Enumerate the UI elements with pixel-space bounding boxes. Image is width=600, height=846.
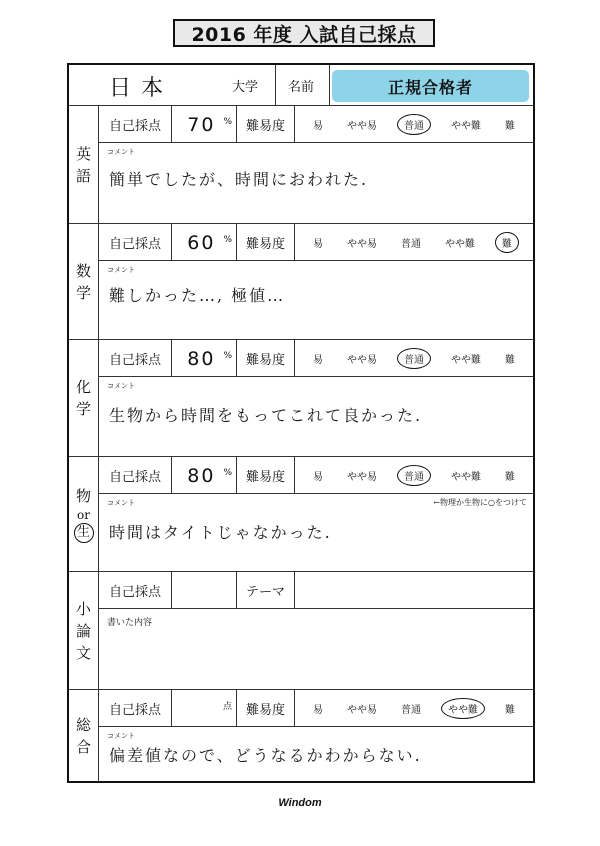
difficulty-option-somewhat-easy[interactable]: やや易: [343, 466, 381, 485]
subject-label: 物 or 生: [69, 457, 99, 571]
score-row: 自己採点 点 難易度 易 やや易 普通 やや難 難: [99, 690, 533, 727]
difficulty-option-hard[interactable]: 難: [501, 115, 519, 134]
theme-field[interactable]: [295, 572, 533, 609]
difficulty-option-easy[interactable]: 易: [309, 466, 327, 485]
difficulty-label: 難易度: [237, 690, 295, 727]
subject-label: 総 合: [69, 690, 99, 781]
difficulty-option-hard-selected[interactable]: 難: [495, 232, 519, 253]
self-score-label: 自己採点: [99, 457, 172, 494]
difficulty-option-somewhat-hard[interactable]: やや難: [441, 233, 479, 252]
biology-circled[interactable]: 生: [74, 523, 94, 543]
score-row: 自己採点 80 % 難易度 易 やや易 普通 やや難 難: [99, 340, 533, 377]
difficulty-option-easy[interactable]: 易: [309, 233, 327, 252]
comment-text: 偏差値なので、どうなるかわからない.: [109, 743, 422, 766]
self-score-field[interactable]: 80 %: [172, 457, 237, 494]
self-score-field[interactable]: 80 %: [172, 340, 237, 377]
header-row: 日本 大学 名前 正規合格者: [69, 65, 533, 106]
difficulty-label: 難易度: [237, 224, 295, 261]
written-content-area[interactable]: 書いた内容: [99, 609, 533, 690]
subject-label: 小 論 文: [69, 572, 99, 689]
self-score-label: 自己採点: [99, 690, 172, 727]
divider: [329, 65, 330, 106]
difficulty-option-hard[interactable]: 難: [501, 349, 519, 368]
subject-label: 数 学: [69, 224, 99, 339]
difficulty-option-somewhat-hard[interactable]: やや難: [447, 349, 485, 368]
theme-label: テーマ: [237, 572, 295, 609]
difficulty-option-somewhat-hard[interactable]: やや難: [447, 115, 485, 134]
difficulty-options: 易 やや易 普通 やや難 難: [295, 457, 533, 494]
difficulty-options: 易 やや易 普通 やや難 難: [295, 106, 533, 143]
section-essay: 小 論 文 自己採点 テーマ 書いた内容: [69, 572, 533, 690]
divider: [275, 65, 276, 106]
difficulty-option-somewhat-easy[interactable]: やや易: [343, 233, 381, 252]
comment-text: 難しかった…, 極値…: [109, 283, 285, 306]
instruction-note: ←物理か生物に○をつけて: [433, 497, 527, 508]
section-english: 英 語 自己採点 70 % 難易度 易 やや易 普通 やや難 難 コメント 簡単…: [69, 106, 533, 224]
difficulty-label: 難易度: [237, 340, 295, 377]
subject-label: 化 学: [69, 340, 99, 456]
comment-area[interactable]: コメント 難しかった…, 極値…: [99, 261, 533, 340]
page-title: 2016 年度 入試自己採点: [173, 19, 435, 47]
difficulty-option-somewhat-easy[interactable]: やや易: [343, 699, 381, 718]
difficulty-option-somewhat-hard-selected[interactable]: やや難: [441, 698, 485, 719]
name-badge: 正規合格者: [332, 70, 529, 102]
self-score-field[interactable]: [172, 572, 237, 609]
difficulty-label: 難易度: [237, 457, 295, 494]
difficulty-option-normal-selected[interactable]: 普通: [397, 465, 431, 486]
difficulty-option-normal-selected[interactable]: 普通: [397, 114, 431, 135]
difficulty-options: 易 やや易 普通 やや難 難: [295, 224, 533, 261]
comment-area[interactable]: コメント 偏差値なので、どうなるかわからない.: [99, 727, 533, 781]
difficulty-option-hard[interactable]: 難: [501, 466, 519, 485]
difficulty-options: 易 やや易 普通 やや難 難: [295, 340, 533, 377]
university-label: 大学: [232, 76, 258, 95]
score-row: 自己採点 80 % 難易度 易 やや易 普通 やや難 難: [99, 457, 533, 494]
difficulty-option-normal[interactable]: 普通: [397, 699, 425, 718]
section-math: 数 学 自己採点 60 % 難易度 易 やや易 普通 やや難 難 コメント 難し…: [69, 224, 533, 340]
difficulty-option-somewhat-easy[interactable]: やや易: [343, 349, 381, 368]
university-field[interactable]: 日本: [109, 71, 173, 102]
comment-area[interactable]: コメント 生物から時間をもってこれて良かった.: [99, 377, 533, 457]
self-score-label: 自己採点: [99, 106, 172, 143]
self-score-field[interactable]: 60 %: [172, 224, 237, 261]
comment-area[interactable]: コメント 簡単でしたが、時間におわれた.: [99, 143, 533, 224]
section-chemistry: 化 学 自己採点 80 % 難易度 易 やや易 普通 やや難 難 コメント 生物…: [69, 340, 533, 457]
difficulty-option-easy[interactable]: 易: [309, 699, 327, 718]
written-content-label: 書いた内容: [107, 615, 152, 628]
difficulty-option-normal-selected[interactable]: 普通: [397, 348, 431, 369]
comment-area[interactable]: コメント ←物理か生物に○をつけて 時間はタイトじゃなかった.: [99, 494, 533, 572]
comment-label: コメント: [107, 147, 135, 157]
self-score-field[interactable]: 70 %: [172, 106, 237, 143]
comment-label: コメント: [107, 381, 135, 391]
publisher-logo: Windom: [0, 797, 600, 809]
difficulty-options: 易 やや易 普通 やや難 難: [295, 690, 533, 727]
score-row: 自己採点 60 % 難易度 易 やや易 普通 やや難 難: [99, 224, 533, 261]
score-sheet: 日本 大学 名前 正規合格者 英 語 自己採点 70 % 難易度 易 やや易 普…: [67, 63, 535, 783]
score-row: 自己採点 テーマ: [99, 572, 533, 609]
difficulty-option-hard[interactable]: 難: [501, 699, 519, 718]
self-score-label: 自己採点: [99, 224, 172, 261]
difficulty-option-easy[interactable]: 易: [309, 349, 327, 368]
difficulty-label: 難易度: [237, 106, 295, 143]
difficulty-option-normal[interactable]: 普通: [397, 233, 425, 252]
section-overall: 総 合 自己採点 点 難易度 易 やや易 普通 やや難 難 コメント 偏差値なの…: [69, 690, 533, 781]
self-score-field[interactable]: 点: [172, 690, 237, 727]
comment-label: コメント: [107, 498, 135, 508]
comment-label: コメント: [107, 265, 135, 275]
comment-text: 時間はタイトじゃなかった.: [109, 520, 332, 543]
comment-text: 生物から時間をもってこれて良かった.: [109, 403, 422, 426]
section-physics-or-biology: 物 or 生 自己採点 80 % 難易度 易 やや易 普通 やや難 難 コメント…: [69, 457, 533, 572]
difficulty-option-somewhat-hard[interactable]: やや難: [447, 466, 485, 485]
self-score-label: 自己採点: [99, 572, 172, 609]
subject-label: 英 語: [69, 106, 99, 223]
difficulty-option-easy[interactable]: 易: [309, 115, 327, 134]
self-score-label: 自己採点: [99, 340, 172, 377]
comment-text: 簡単でしたが、時間におわれた.: [109, 167, 368, 190]
name-label: 名前: [288, 76, 314, 95]
comment-label: コメント: [107, 731, 135, 741]
difficulty-option-somewhat-easy[interactable]: やや易: [343, 115, 381, 134]
score-row: 自己採点 70 % 難易度 易 やや易 普通 やや難 難: [99, 106, 533, 143]
